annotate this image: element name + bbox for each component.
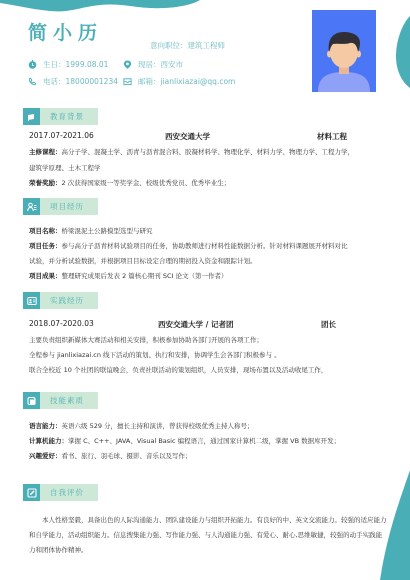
education-major: 材料工程 — [317, 131, 347, 142]
project-result-value: 整理研究成果后发表 2 篇核心期刊 SCI 论文（第一作者） — [62, 272, 228, 280]
skill-item: 语言能力：英语六级 529 分，擅长主持和演讲，曾获得校级优秀主持人称号； — [29, 421, 254, 431]
section-title: 实践经历 — [40, 292, 98, 309]
section-title: 教育背景 — [40, 108, 98, 125]
section-header-practice: 实践经历 — [23, 292, 98, 309]
envelope-icon — [123, 77, 132, 86]
job-intent-value: 建筑工程师 — [188, 41, 226, 50]
education-honors: 荣誉奖励：2 次获得国家级一等奖学金、校级优秀党员、优秀毕业生； — [29, 178, 230, 188]
self-evaluation-text: 本人性格坚毅，具备出色的人际沟通能力、团队建设能力与组织开拓能力。有良好的中、英… — [29, 513, 387, 558]
phone-info: 电话：18000001234 — [28, 76, 118, 87]
honors-value: 2 次获得国家级一等奖学金、校级优秀党员、优秀毕业生； — [62, 179, 231, 187]
id-card-icon — [23, 292, 40, 309]
phone-value: 18000001234 — [66, 77, 119, 86]
residence-label: 现居： — [138, 59, 161, 70]
practice-role: 团长 — [321, 319, 336, 330]
project-name-label: 项目名称： — [29, 227, 62, 235]
birthday-info: 生日：1999.08.01 — [28, 59, 108, 70]
phone-label: 电话： — [43, 76, 66, 87]
clock-icon — [28, 60, 37, 69]
project-task-cont: 试验，并分析试验数据，并根据项目目标设定合理的期初投入资金和跟踪计划。 — [29, 256, 257, 266]
candidate-name: 简小历 — [28, 18, 103, 45]
email-info: 邮箱：jianlixiazai@qq.com — [123, 76, 235, 87]
section-header-education: 教育背景 — [23, 108, 98, 125]
job-intent-label: 意向职位： — [150, 41, 188, 50]
profile-photo — [312, 10, 376, 92]
education-school: 西安交通大学 — [165, 131, 210, 142]
practice-line: 联合全校近 10 个社团的联谊晚会，负责社联活动的策划组织，人员安排，现场布置以… — [29, 365, 327, 375]
resume-header: 简小历 意向职位：建筑工程师 生日：1999.08.01 现居：西安市 电话：1… — [0, 0, 410, 100]
skill-value: 英语六级 529 分，擅长主持和演讲，曾获得校级优秀主持人称号； — [62, 422, 254, 430]
location-pin-icon — [123, 60, 132, 69]
residence-value: 西安市 — [161, 59, 184, 70]
project-task: 项目任务：参与高分子沥青材料试验项目的任务，协助教师进行材料性能数据分析。针对材… — [29, 241, 348, 251]
birthday-value: 1999.08.01 — [66, 60, 109, 69]
section-title: 技能素质 — [40, 392, 98, 409]
honors-label: 荣誉奖励： — [29, 179, 62, 187]
education-period: 2017.07-2021.06 — [29, 131, 94, 140]
email-value: jianlixiazai@qq.com — [161, 77, 236, 86]
section-header-self-eval: 自我评价 — [23, 484, 98, 501]
education-courses: 主修课程：高分子学、混凝土学、沥青与沥青混合料、胶凝材料学、物理化学、材料力学、… — [29, 147, 354, 157]
practice-org: 西安交通大学 / 记者团 — [158, 319, 233, 330]
skill-label: 计算机能力： — [29, 437, 68, 445]
skill-item: 兴趣爱好：看书、旅行、羽毛球、摄影、音乐以及写作； — [29, 451, 192, 461]
education-courses-cont: 建筑学原理、土木工程学 — [29, 163, 101, 173]
residence-info: 现居：西安市 — [123, 59, 183, 70]
phone-icon — [28, 77, 37, 86]
practice-line: 全程参与 jianlixiazai.cn 线下活动的策划、执行和安排，协调学生会… — [29, 350, 281, 360]
skill-value: 看书、旅行、羽毛球、摄影、音乐以及写作； — [62, 452, 192, 460]
contact-card-icon — [23, 198, 40, 215]
skills-icon — [23, 392, 40, 409]
project-task-line1: 参与高分子沥青材料试验项目的任务，协助教师进行材料性能数据分析。针对材料课题展开… — [62, 242, 348, 250]
skill-value: 掌握 C、C++、JAVA、Visual Basic 编程语言，通过国家计算机二… — [68, 437, 340, 445]
graduation-cap-icon — [23, 108, 40, 125]
skill-label: 兴趣爱好： — [29, 452, 62, 460]
job-intent: 意向职位：建筑工程师 — [150, 40, 225, 51]
edit-icon — [23, 484, 40, 501]
section-header-skills: 技能素质 — [23, 392, 98, 409]
section-header-project: 项目经历 — [23, 198, 98, 215]
email-label: 邮箱： — [138, 76, 161, 87]
project-name: 项目名称：桥梁混泥土公路模型选型与研究 — [29, 226, 153, 236]
skill-label: 语言能力： — [29, 422, 62, 430]
courses-label: 主修课程： — [29, 148, 62, 156]
project-task-label: 项目任务： — [29, 242, 62, 250]
project-result-label: 项目成果： — [29, 272, 62, 280]
practice-period: 2018.07-2020.03 — [29, 319, 94, 328]
section-title: 项目经历 — [40, 198, 98, 215]
skill-item: 计算机能力：掌握 C、C++、JAVA、Visual Basic 编程语言，通过… — [29, 436, 340, 446]
project-name-value: 桥梁混泥土公路模型选型与研究 — [62, 227, 153, 235]
project-result: 项目成果：整理研究成果后发表 2 篇核心期刊 SCI 论文（第一作者） — [29, 271, 227, 281]
practice-line: 主要负责组织新媒体大赛活动和相关安排，积极参加协助各部门开展的各项工作； — [29, 335, 263, 345]
section-title: 自我评价 — [40, 484, 98, 501]
birthday-label: 生日： — [43, 59, 66, 70]
courses-value-line1: 高分子学、混凝土学、沥青与沥青混合料、胶凝材料学、物理化学、材料力学、物理力学、… — [62, 148, 355, 156]
